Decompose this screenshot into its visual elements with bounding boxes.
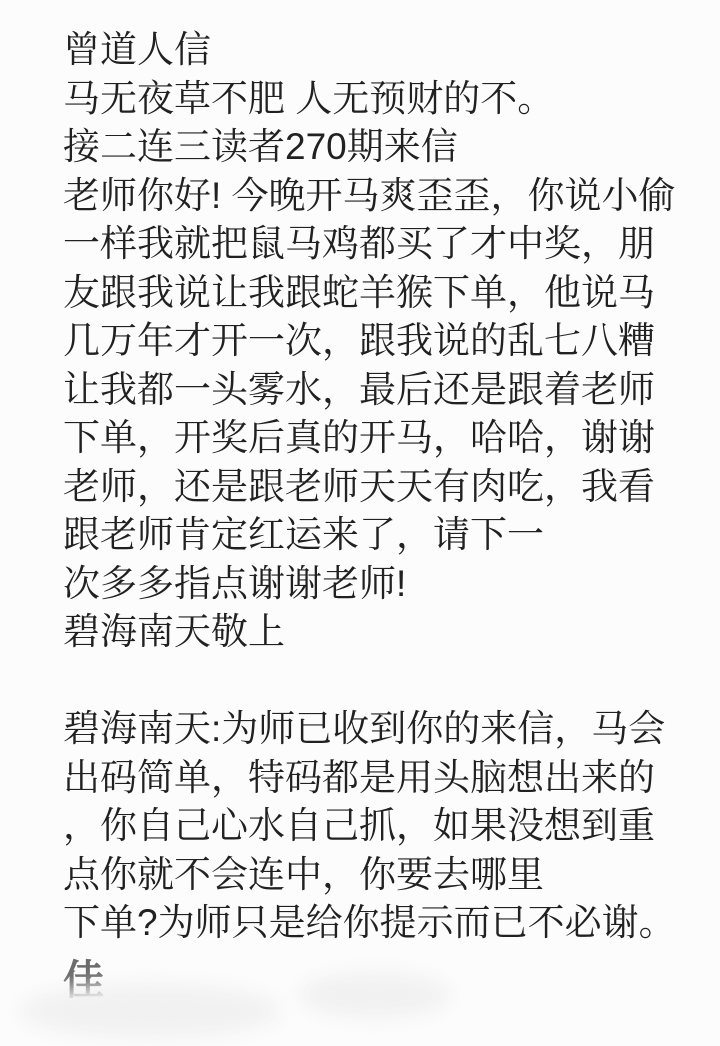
reader-signoff: 碧海南天敬上: [63, 608, 700, 657]
text-line: 跟老师肯定红运来了，请下一: [63, 511, 700, 560]
text-line: 碧海南天:为师已收到你的来信，马会: [63, 705, 700, 754]
text-line: 友跟我说让我跟蛇羊猴下单，他说马: [63, 269, 700, 318]
letter-page: 曾道人信 马无夜草不肥 人无预财的不。 接二连三读者270期来信 老师你好! 今…: [0, 0, 720, 1046]
text-line: 次多多指点谢谢老师!: [63, 560, 700, 609]
text-line: 出码简单，特码都是用头脑想出来的: [63, 754, 700, 803]
issue-header: 接二连三读者270期来信: [63, 123, 700, 172]
master-reply-body: 碧海南天:为师已收到你的来信，马会出码简单，特码都是用头脑想出来的，你自己心水自…: [63, 705, 700, 948]
text-line: 老师，还是跟老师天天有肉吃，我看: [63, 463, 700, 512]
letter-title: 曾道人信: [63, 26, 700, 75]
text-line: 让我都一头雾水，最后还是跟着老师: [63, 366, 700, 415]
text-line: 点你就不会连中，你要去哪里: [63, 851, 700, 900]
text-line: 下单，开奖后真的开马，哈哈，谢谢: [63, 414, 700, 463]
letter-motto: 马无夜草不肥 人无预财的不。: [63, 75, 700, 124]
reader-letter-body: 老师你好! 今晚开马爽歪歪，你说小偷一样我就把鼠马鸡都买了才中奖，朋友跟我说让我…: [63, 172, 700, 609]
text-line: 一样我就把鼠马鸡都买了才中奖，朋: [63, 220, 700, 269]
signature-char: 佳: [63, 958, 700, 1002]
text-line: 下单?为师只是给你提示而已不必谢。: [63, 899, 700, 948]
text-line: 几万年才开一次，跟我说的乱七八糟: [63, 317, 700, 366]
text-line: ，你自己心水自己抓，如果没想到重: [63, 802, 700, 851]
text-line: 老师你好! 今晚开马爽歪歪，你说小偷: [63, 172, 700, 221]
